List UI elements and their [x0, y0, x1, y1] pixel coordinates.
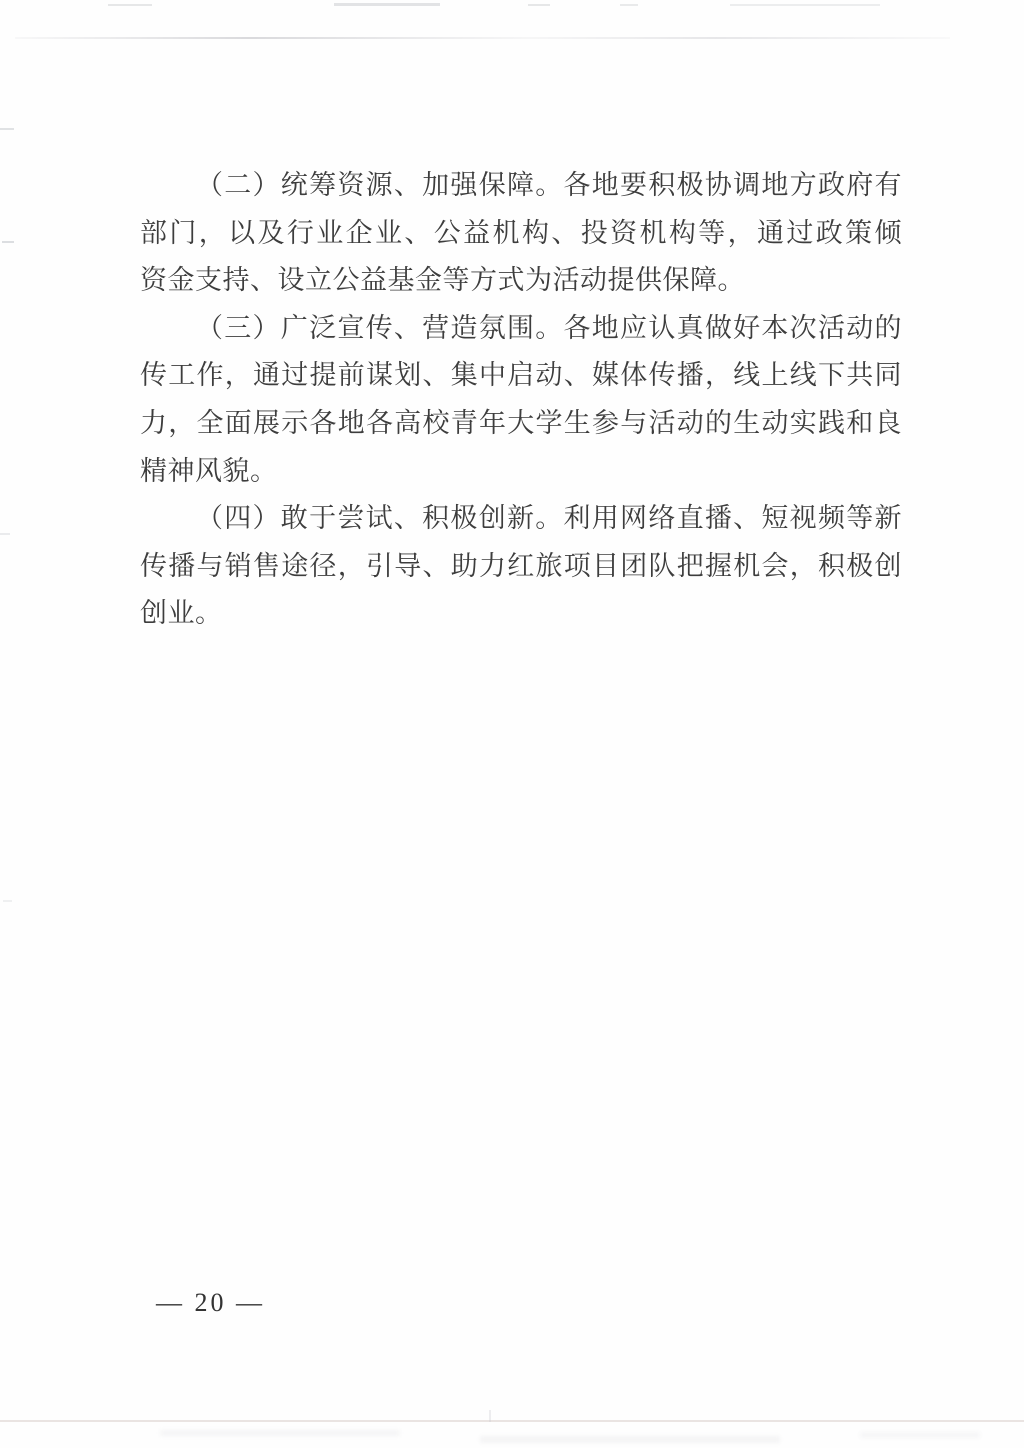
paragraph-innovation: （四）敢于尝试、积极创新。利用网络直播、短视频等新型 传播与销售途径，引导、助力…: [140, 495, 902, 638]
text-line: 部门，以及行业企业、公益机构、投资机构等，通过政策倾斜、: [140, 210, 902, 258]
scan-artifact: [860, 1432, 980, 1438]
text-line: 力，全面展示各地各高校青年大学生参与活动的生动实践和良好: [140, 400, 902, 448]
body-text: （二）统筹资源、加强保障。各地要积极协调地方政府有关 部门，以及行业企业、公益机…: [140, 162, 902, 638]
scan-artifact: [620, 4, 638, 6]
scan-artifact: [160, 1430, 400, 1436]
scan-artifact: [480, 1436, 780, 1443]
scan-artifact: [3, 900, 12, 902]
scan-artifact: [334, 3, 440, 6]
scan-artifact: [730, 4, 880, 6]
scan-artifact: [0, 533, 10, 535]
scan-artifact: [489, 1410, 491, 1422]
text-line: （三）广泛宣传、营造氛围。各地应认真做好本次活动的宣: [140, 305, 902, 353]
scan-artifact: [528, 4, 550, 6]
text-line: 传工作，通过提前谋划、集中启动、媒体传播，线上线下共同发: [140, 352, 902, 400]
scan-artifact: [15, 37, 950, 39]
text-line: 创业。: [140, 590, 902, 638]
text-line: （二）统筹资源、加强保障。各地要积极协调地方政府有关: [140, 162, 902, 210]
text-line: 资金支持、设立公益基金等方式为活动提供保障。: [140, 257, 902, 305]
scan-artifact: [2, 241, 14, 243]
scan-artifact: [108, 4, 152, 6]
text-line: 传播与销售途径，引导、助力红旅项目团队把握机会，积极创新: [140, 543, 902, 591]
text-line: 精神风貌。: [140, 448, 902, 496]
scan-artifact: [0, 1420, 1024, 1422]
paragraph-publicity: （三）广泛宣传、营造氛围。各地应认真做好本次活动的宣 传工作，通过提前谋划、集中…: [140, 305, 902, 495]
scan-artifact: [0, 128, 14, 130]
document-page: （二）统筹资源、加强保障。各地要积极协调地方政府有关 部门，以及行业企业、公益机…: [0, 0, 1024, 1448]
page-number: — 20 —: [156, 1288, 265, 1318]
paragraph-coordinate-resources: （二）统筹资源、加强保障。各地要积极协调地方政府有关 部门，以及行业企业、公益机…: [140, 162, 902, 305]
text-line: （四）敢于尝试、积极创新。利用网络直播、短视频等新型: [140, 495, 902, 543]
